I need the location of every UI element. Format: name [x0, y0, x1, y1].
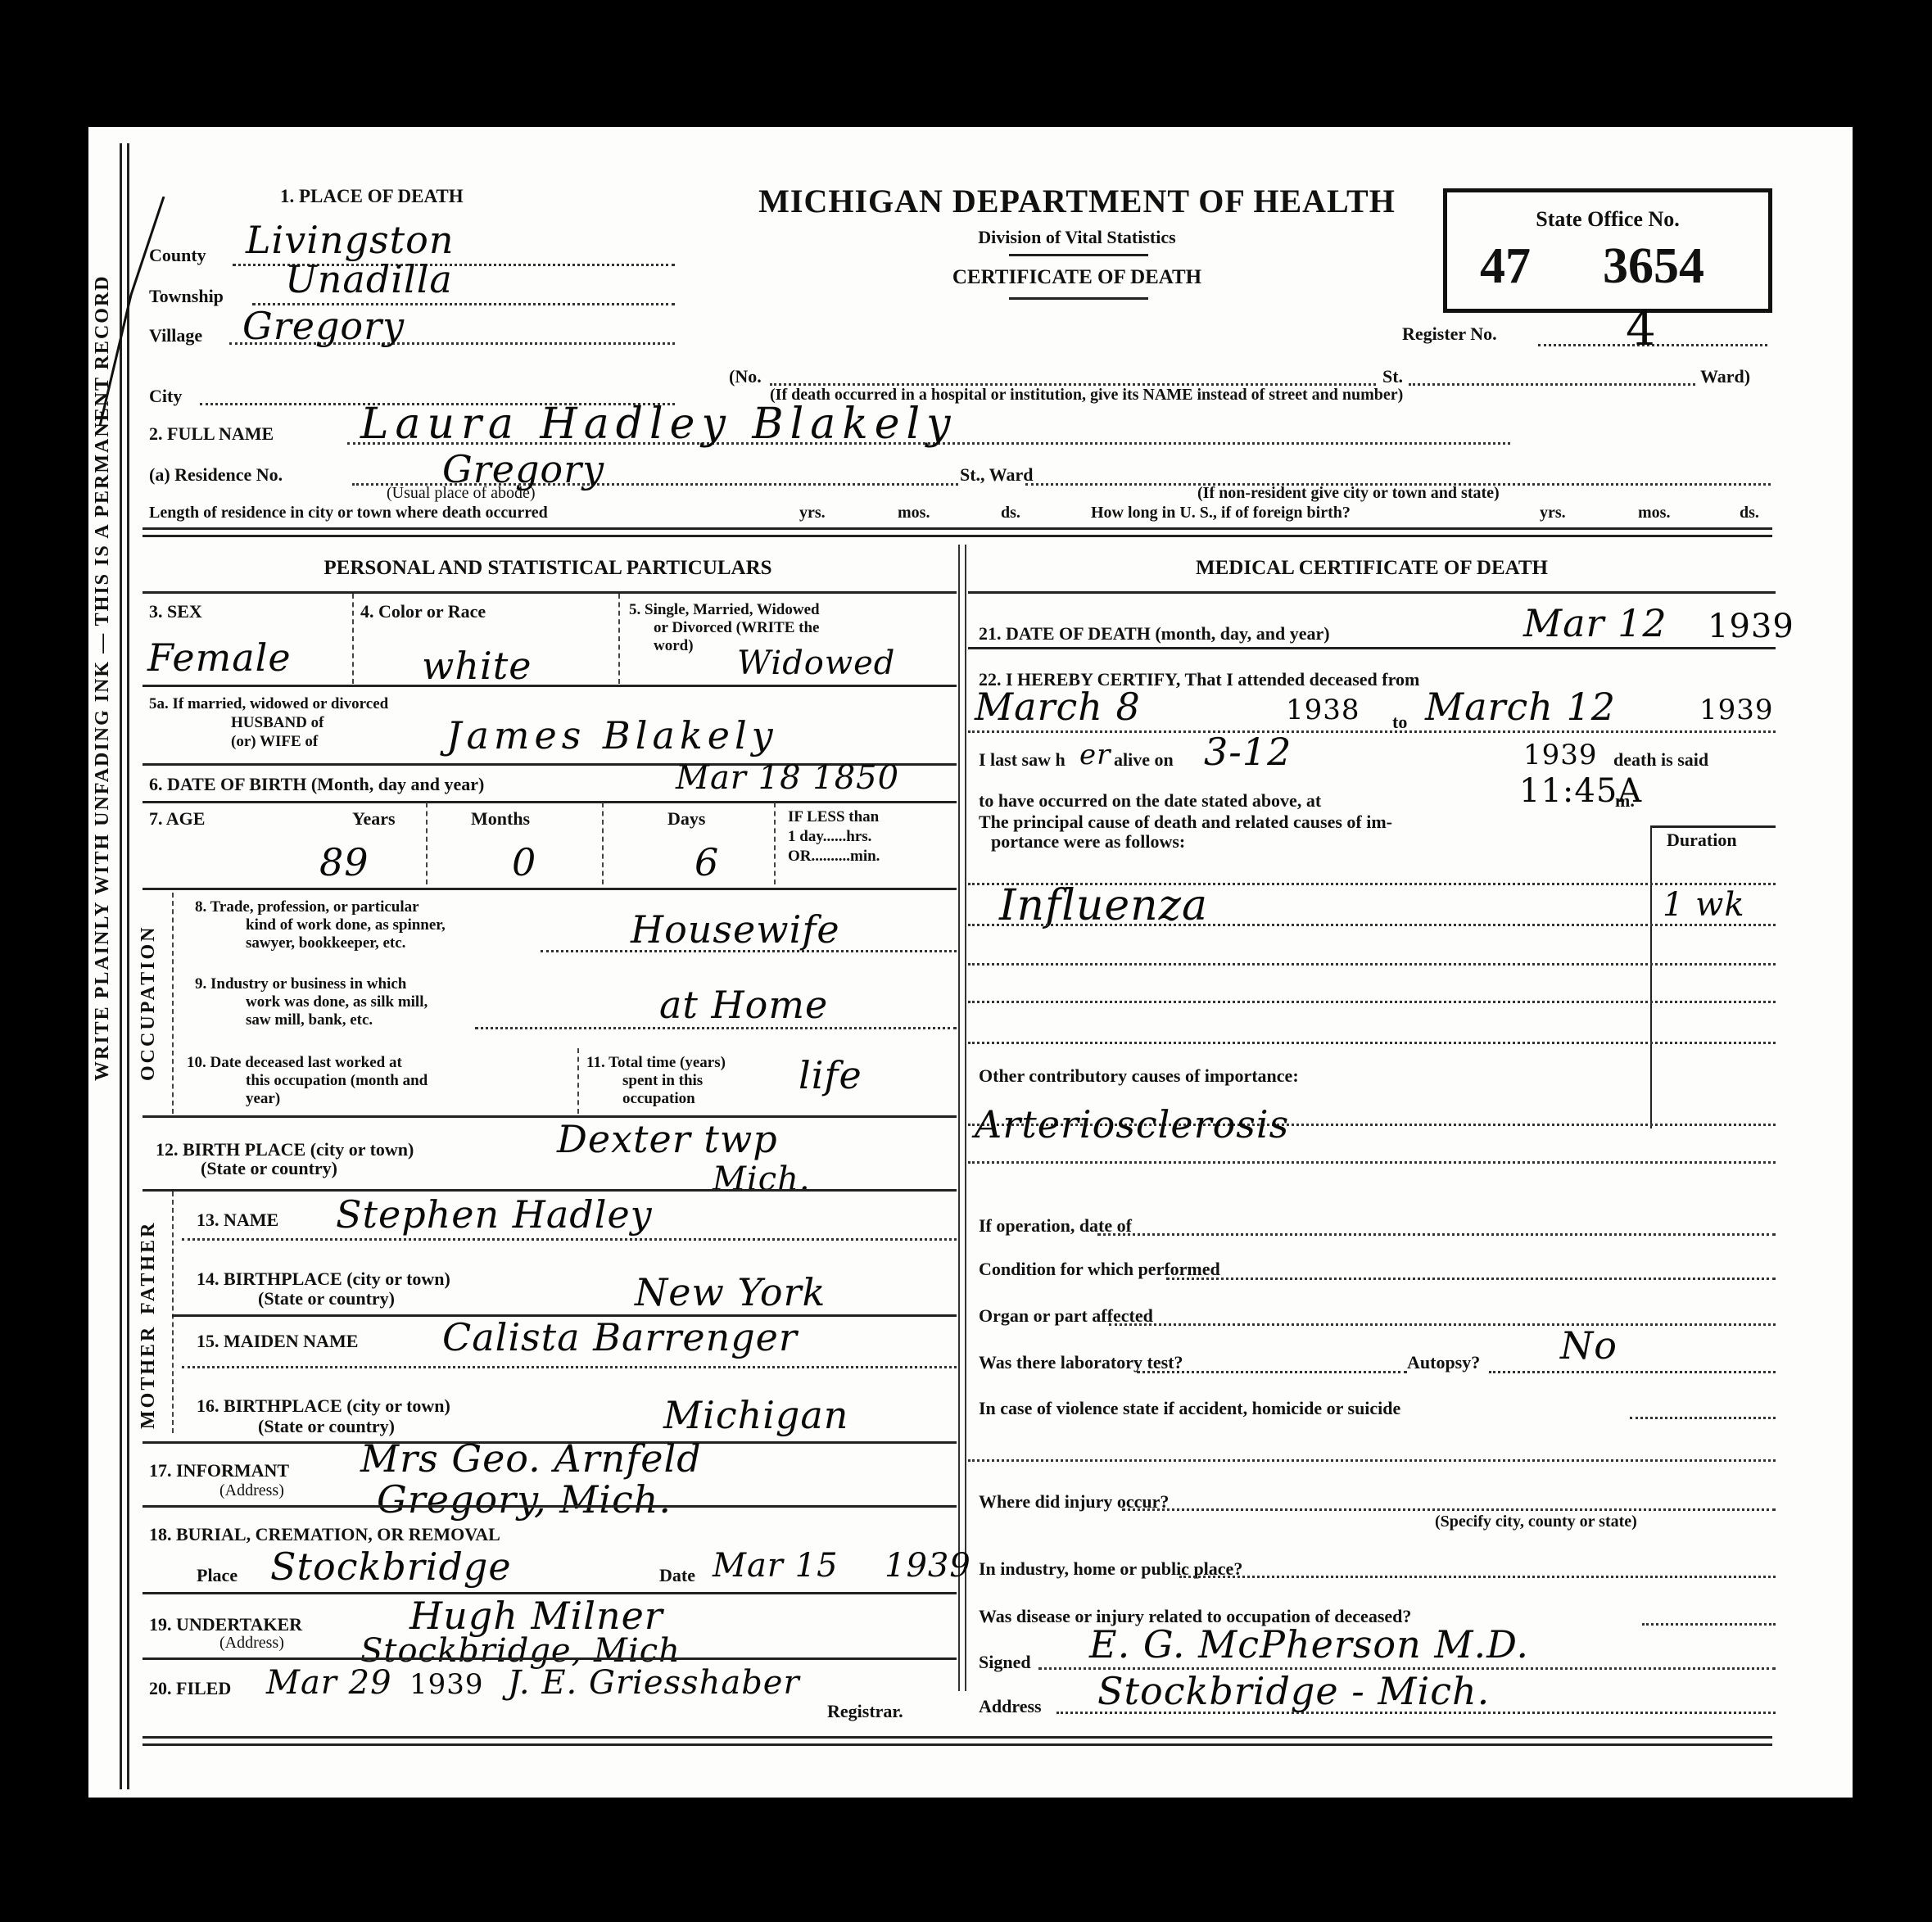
industry-label-3: saw mill, bank, etc. [246, 1012, 373, 1029]
cause-1[interactable]: Influenza [999, 884, 1208, 927]
occupation-related-line [1642, 1623, 1776, 1626]
undertaker-label: 19. UNDERTAKER [149, 1615, 302, 1634]
cell-divider [426, 803, 428, 884]
agency-title: MICHIGAN DEPARTMENT OF HEALTH [721, 182, 1433, 220]
cell-divider [352, 594, 354, 684]
dod-label: 21. DATE OF DEATH (month, day, and year) [979, 624, 1330, 643]
signed-label: Signed [979, 1653, 1031, 1671]
row-rule [143, 1115, 957, 1118]
age-label: 7. AGE [149, 809, 205, 828]
physician-signature[interactable]: E. G. McPherson M.D. [1089, 1626, 1529, 1663]
mother-name-value[interactable]: Calista Barrenger [442, 1318, 798, 1356]
ward-line [1409, 383, 1695, 386]
registrar-signature[interactable]: J. E. Griesshaber [508, 1666, 800, 1699]
total-time-label-1: 11. Total time (years) [586, 1055, 726, 1071]
other-cause-value[interactable]: Arteriosclerosis [975, 1106, 1289, 1143]
village-value[interactable]: Gregory [242, 307, 405, 345]
row-rule [143, 1657, 957, 1660]
months-value[interactable]: 0 [512, 843, 536, 881]
race-value[interactable]: white [422, 647, 532, 685]
father-name-label: 13. NAME [197, 1210, 278, 1229]
lab-test-line [1137, 1371, 1407, 1373]
trade-label-3: sawyer, bookkeeper, etc. [246, 935, 405, 952]
total-time-label-3: occupation [622, 1091, 695, 1107]
length-residence-label: Length of residence in city or town wher… [149, 504, 548, 522]
spouse-label-1: 5a. If married, widowed or divorced [149, 696, 388, 712]
marital-label-1: 5. Single, Married, Widowed [629, 602, 820, 618]
duration-label: Duration [1667, 830, 1737, 849]
last-worked-label-2: this occupation (month and [246, 1073, 428, 1089]
to-label: to [1392, 712, 1407, 731]
burial-label: 18. BURIAL, CREMATION, OR REMOVAL [149, 1525, 500, 1544]
row-rule [143, 888, 957, 890]
us-length-label: How long in U. S., if of foreign birth? [1091, 504, 1351, 522]
undertaker-addr-label: (Address) [219, 1635, 284, 1652]
burial-place-label: Place [197, 1566, 238, 1585]
injury-where-line [1122, 1508, 1776, 1511]
industry-line [475, 1027, 957, 1029]
row-rule [143, 591, 957, 594]
spouse-label-2: HUSBAND of [231, 715, 324, 731]
duration-1[interactable]: 1 wk [1663, 889, 1745, 921]
autopsy-line [1489, 1371, 1776, 1373]
township-value[interactable]: Unadilla [285, 260, 453, 298]
medical-heading: MEDICAL CERTIFICATE OF DEATH [966, 557, 1777, 580]
industry-value[interactable]: at Home [659, 986, 828, 1024]
state-office-number: 3654 [1603, 237, 1704, 296]
register-label: Register No. [1402, 324, 1497, 343]
row-rule [143, 801, 957, 803]
column-divider [958, 545, 960, 1691]
organ-line [1109, 1323, 1776, 1326]
marital-label-2: or Divorced (WRITE the [654, 620, 819, 636]
length-mos-label: mos. [898, 504, 930, 522]
footer-double-rule [143, 1736, 1772, 1746]
abode-note: (Usual place of abode) [387, 485, 536, 502]
total-time-label-2: spent in this [622, 1073, 703, 1089]
county-label: County [149, 246, 206, 265]
filed-label: 20. FILED [149, 1679, 231, 1698]
full-name-value[interactable]: Laura Hadley Blakely [360, 403, 957, 445]
form-title: CERTIFICATE OF DEATH [721, 266, 1433, 289]
dod-value[interactable]: Mar 12 [1523, 604, 1667, 642]
dob-value[interactable]: Mar 18 1850 [676, 762, 899, 794]
burial-place-value[interactable]: Stockbridge [270, 1548, 512, 1585]
city-label: City [149, 387, 182, 405]
cell-divider [618, 594, 620, 684]
death-said-label: death is said [1613, 750, 1708, 769]
occurred-label: to have occurred on the date stated abov… [979, 791, 1321, 810]
length-ds-label: ds. [1001, 504, 1020, 522]
mother-name-line [182, 1366, 957, 1368]
us-yrs-label: yrs. [1540, 504, 1566, 522]
violence-line-2 [968, 1459, 1776, 1462]
mother-band: MOTHER [138, 1325, 160, 1429]
marital-label-3: word) [654, 638, 694, 654]
registrar-label: Registrar. [827, 1702, 903, 1721]
division-subtitle: Division of Vital Statistics [721, 227, 1433, 248]
father-bp-value[interactable]: New York [635, 1273, 826, 1311]
total-time-value[interactable]: life [799, 1056, 862, 1094]
attended-line [968, 730, 1776, 733]
undertaker-value[interactable]: Hugh Milner [409, 1597, 663, 1635]
register-number[interactable]: 4 [1626, 305, 1657, 352]
nonresident-note: (If non-resident give city or town and s… [1197, 485, 1500, 502]
cause-label-1: The principal cause of death and related… [979, 812, 1392, 831]
organ-label: Organ or part affected [979, 1306, 1153, 1325]
band-divider [172, 893, 174, 1114]
years-value[interactable]: 89 [319, 843, 369, 881]
cause-label-2: portance were as follows: [991, 832, 1185, 851]
band-divider [172, 1192, 174, 1433]
last-saw-value[interactable]: 3-12 [1204, 733, 1292, 771]
occupation-band: OCCUPATION [138, 925, 160, 1081]
length-yrs-label: yrs. [799, 504, 826, 522]
row-rule [968, 647, 1776, 649]
father-band: FATHER [138, 1221, 160, 1314]
title-divider [1009, 297, 1148, 300]
residence-label: (a) Residence No. [149, 465, 283, 484]
condition-line [1166, 1278, 1776, 1280]
mother-bp-label-1: 16. BIRTHPLACE (city or town) [197, 1396, 450, 1415]
attended-from-year[interactable]: 1938 [1286, 696, 1360, 724]
birthplace-label-2: (State or country) [201, 1159, 337, 1178]
time-suffix: m. [1615, 791, 1635, 810]
years-label: Years [352, 809, 396, 828]
birthplace-label-1: 12. BIRTH PLACE (city or town) [156, 1140, 414, 1159]
county-value[interactable]: Livingston [246, 221, 454, 259]
mother-bp-value[interactable]: Michigan [663, 1396, 848, 1434]
full-name-label: 2. FULL NAME [149, 424, 274, 443]
last-saw-label-2: alive on [1114, 750, 1174, 769]
informant-value[interactable]: Mrs Geo. Arnfeld [360, 1440, 702, 1477]
ward-label: Ward) [1700, 367, 1750, 386]
last-saw-pronoun[interactable]: er [1079, 741, 1111, 769]
cell-divider [602, 803, 604, 884]
address-label: Address [979, 1697, 1042, 1716]
father-bp-label-1: 14. BIRTHPLACE (city or town) [197, 1269, 450, 1288]
father-name-value[interactable]: Stephen Hadley [336, 1196, 653, 1233]
cell-divider [774, 803, 776, 884]
place-of-death-heading: 1. PLACE OF DEATH [280, 187, 464, 206]
less-label-1: IF LESS than [788, 809, 879, 825]
last-saw-year[interactable]: 1939 [1523, 741, 1598, 769]
trade-label-2: kind of work done, as spinner, [246, 917, 446, 934]
injury-place-line [1179, 1576, 1776, 1578]
injury-specify-note: (Specify city, county or state) [1435, 1513, 1637, 1531]
column-divider [965, 545, 966, 1691]
violence-line [1630, 1417, 1776, 1419]
sex-label: 3. SEX [149, 602, 202, 621]
township-label: Township [149, 287, 224, 305]
cause-line [968, 924, 1776, 926]
informant-address[interactable]: Gregory, Mich. [377, 1481, 672, 1518]
industry-label-1: 9. Industry or business in which [195, 976, 406, 993]
state-office-box: State Office No. 47 3654 [1443, 188, 1772, 313]
duration-top-rule [1650, 825, 1776, 828]
duration-divider [1650, 825, 1652, 1128]
last-saw-label-1: I last saw h [979, 750, 1066, 769]
last-worked-label-1: 10. Date deceased last worked at [187, 1055, 402, 1071]
header-double-rule [143, 527, 1772, 537]
mother-name-label: 15. MAIDEN NAME [197, 1332, 358, 1350]
village-label: Village [149, 326, 202, 345]
us-ds-label: ds. [1740, 504, 1759, 522]
operation-line [1097, 1233, 1776, 1236]
less-label-2: 1 day......hrs. [788, 829, 871, 845]
physician-address[interactable]: Stockbridge - Mich. [1097, 1672, 1490, 1710]
birthplace-city[interactable]: Dexter twp [557, 1120, 778, 1158]
race-label: 4. Color or Race [360, 602, 486, 621]
cause-line [968, 1042, 1776, 1044]
cause-line [968, 963, 1776, 966]
residence-value[interactable]: Gregory [442, 450, 604, 488]
other-cause-line [968, 1161, 1776, 1164]
filed-year[interactable]: 1939 [409, 1671, 484, 1698]
row-rule [143, 1505, 957, 1508]
dob-label: 6. DATE OF BIRTH (Month, day and year) [149, 775, 484, 794]
mother-bp-label-2: (State or country) [258, 1417, 395, 1436]
dod-year[interactable]: 1939 [1708, 610, 1794, 643]
burial-date-value[interactable]: Mar 15 [713, 1549, 839, 1582]
attended-to-year[interactable]: 1939 [1699, 696, 1774, 724]
months-label: Months [471, 809, 530, 828]
spouse-value[interactable]: James Blakely [446, 717, 778, 754]
us-mos-label: mos. [1638, 504, 1670, 522]
father-name-line [182, 1238, 957, 1241]
st-ward-label: St., Ward [960, 465, 1033, 484]
informant-label: 17. INFORMANT [149, 1461, 289, 1480]
street-label: St. [1382, 367, 1403, 386]
row-rule [143, 685, 957, 687]
informant-addr-label: (Address) [219, 1482, 284, 1499]
row-rule [968, 591, 1776, 594]
trade-value[interactable]: Housewife [631, 911, 840, 948]
filed-date[interactable]: Mar 29 [266, 1666, 392, 1699]
lab-test-label: Was there laboratory test? [979, 1353, 1183, 1372]
burial-year-value[interactable]: 1939 [885, 1549, 971, 1582]
days-label: Days [667, 809, 705, 828]
cause-line [968, 1001, 1776, 1003]
condition-label: Condition for which performed [979, 1259, 1220, 1278]
operation-label: If operation, date of [979, 1216, 1132, 1235]
marital-value[interactable]: Widowed [737, 647, 895, 680]
attended-from[interactable]: March 8 [975, 688, 1141, 726]
personal-heading: PERSONAL AND STATISTICAL PARTICULARS [143, 557, 953, 580]
title-divider [1009, 254, 1148, 256]
spouse-label-3: (or) WIFE of [231, 734, 318, 750]
other-causes-label: Other contributory causes of importance: [979, 1066, 1299, 1085]
undertaker-address[interactable]: Stockbridge, Mich [360, 1635, 681, 1667]
last-worked-label-3: year) [246, 1091, 280, 1107]
autopsy-value[interactable]: No [1560, 1327, 1618, 1364]
autopsy-label: Autopsy? [1407, 1353, 1480, 1372]
attended-to[interactable]: March 12 [1425, 688, 1616, 726]
days-value[interactable]: 6 [695, 843, 719, 881]
father-bp-label-2: (State or country) [258, 1289, 395, 1308]
sex-value[interactable]: Female [147, 639, 292, 676]
less-label-3: OR..........min. [788, 848, 880, 865]
state-office-label: State Office No. [1447, 207, 1768, 232]
row-rule [143, 1189, 957, 1192]
burial-date-label: Date [659, 1566, 695, 1585]
cell-divider [577, 1048, 579, 1114]
street-no-label: (No. [729, 367, 762, 386]
violence-label: In case of violence state if accident, h… [979, 1399, 1400, 1418]
state-office-prefix: 47 [1480, 237, 1531, 296]
industry-label-2: work was done, as silk mill, [246, 994, 428, 1011]
trade-label-1: 8. Trade, profession, or particular [195, 899, 419, 916]
